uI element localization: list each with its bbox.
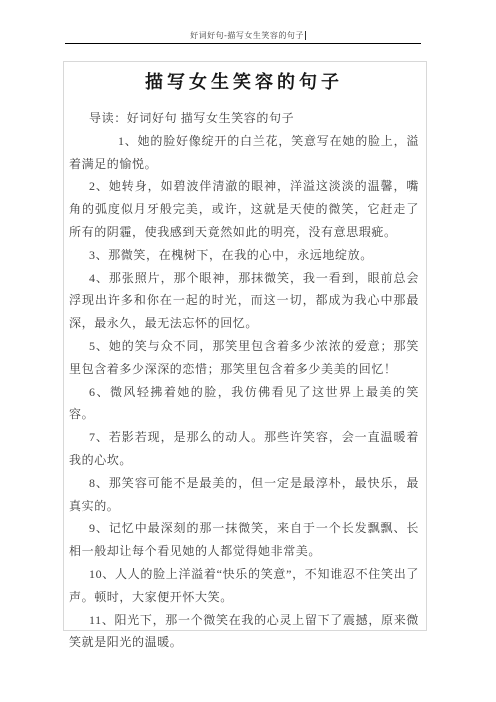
sentence-8: 8、那笑容可能不是最美的，但一定是最淳朴，最快乐，最真实的。 <box>69 472 419 518</box>
content-box[interactable]: 描写女生笑容的句子 导读：好词好句 描写女生笑容的句子 1、她的脸好像绽开的白兰… <box>63 61 427 631</box>
header-title: 好词好句-描写女生笑容的句子 <box>190 31 304 40</box>
sentence-9: 9、记忆中最深刻的那一抹微笑，来自于一个长发飘飘、长相一般却让每个看见她的人都觉… <box>69 517 419 563</box>
header-rule <box>65 43 421 44</box>
document-page: 好词好句-描写女生笑容的句子 描写女生笑容的句子 导读：好词好句 描写女生笑容的… <box>0 0 496 702</box>
sentence-4: 4、那张照片，那个眼神，那抹微笑，我一看到，眼前总会浮现出许多和你在一起的时光，… <box>69 267 419 335</box>
sentence-10: 10、人人的脸上洋溢着“快乐的笑意”，不知谁忍不住笑出了声。顿时，大家便开怀大笑… <box>69 563 419 609</box>
sentence-1: 1、她的脸好像绽开的白兰花，笑意写在她的脸上，溢着满足的愉悦。 <box>69 130 419 176</box>
text-cursor-icon <box>305 31 306 40</box>
sentence-6: 6、微风轻拂着她的脸，我仿佛看见了这世界上最美的笑容。 <box>69 381 419 427</box>
lead-paragraph: 导读：好词好句 描写女生笑容的句子 <box>69 107 419 130</box>
sentence-5: 5、她的笑与众不同，那笑里包含着多少浓浓的爱意；那笑里包含着多少深深的恋惜；那笑… <box>69 335 419 381</box>
sentence-3: 3、那微笑，在槐树下，在我的心中，永远地绽放。 <box>69 244 419 267</box>
sentence-7: 7、若影若现，是那么的动人。那些许笑容，会一直温暖着我的心坎。 <box>69 426 419 472</box>
sentence-11: 11、阳光下，那一个微笑在我的心灵上留下了震撼，原来微笑就是阳光的温暖。 <box>69 609 419 655</box>
page-header: 好词好句-描写女生笑容的句子 <box>0 31 496 41</box>
document-title: 描写女生笑容的句子 <box>69 68 419 94</box>
sentence-2: 2、她转身，如碧波伴清澈的眼神，洋溢这淡淡的温馨，嘴角的弧度似月牙般完美，或许，… <box>69 175 419 243</box>
